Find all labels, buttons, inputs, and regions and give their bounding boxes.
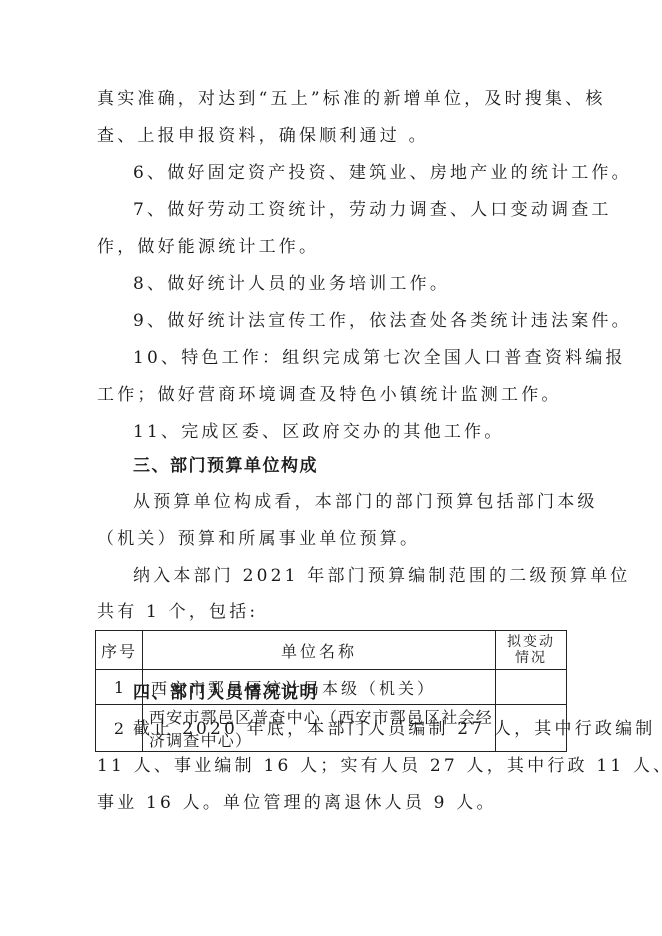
paragraph-line: 事业 16 人。单位管理的离退休人员 9 人。 [97, 792, 497, 814]
header-change: 拟变动 情况 [496, 631, 567, 670]
paragraph-line: 作，做好能源统计工作。 [97, 236, 319, 258]
list-item-7: 7、做好劳动工资统计，劳动力调查、人口变动调查工 [133, 199, 612, 221]
paragraph-line: 截止 2020 年底，本部门人员编制 27 人，其中行政编制 [133, 718, 656, 740]
list-item-11: 11、完成区委、区政府交办的其他工作。 [133, 421, 504, 443]
list-item-9: 9、做好统计法宣传工作，依法查处各类统计违法案件。 [133, 310, 632, 332]
paragraph-line: 11 人、事业编制 16 人；实有人员 27 人，其中行政 11 人、 [97, 755, 662, 777]
header-index: 序号 [96, 631, 143, 670]
list-item-6: 6、做好固定资产投资、建筑业、房地产业的统计工作。 [133, 162, 632, 184]
list-item-10: 10、特色工作：组织完成第七次全国人口普查资料编报 [133, 347, 626, 369]
paragraph-line: 工作；做好营商环境调查及特色小镇统计监测工作。 [97, 384, 562, 406]
header-change-line2: 情况 [496, 650, 566, 666]
section-heading-3: 三、部门预算单位构成 [133, 455, 318, 477]
header-unit-name: 单位名称 [143, 631, 496, 670]
paragraph-line: 共有 1 个，包括: [97, 601, 258, 623]
section-heading-4: 四、部门人员情况说明 [133, 682, 318, 704]
list-item-8: 8、做好统计人员的业务培训工作。 [133, 273, 450, 295]
paragraph-line: （机关）预算和所属事业单位预算。 [97, 528, 420, 550]
paragraph-line: 纳入本部门 2021 年部门预算编制范围的二级预算单位 [133, 565, 630, 587]
paragraph-line: 查、上报申报资料，确保顺利通过 。 [97, 125, 429, 147]
table-header-row: 序号 单位名称 拟变动 情况 [96, 631, 567, 670]
row-change [496, 670, 567, 705]
paragraph-line: 真实准确，对达到“五上”标准的新增单位，及时搜集、核 [97, 88, 606, 110]
header-change-line1: 拟变动 [496, 634, 566, 650]
paragraph-line: 从预算单位构成看，本部门的部门预算包括部门本级 [133, 491, 598, 513]
